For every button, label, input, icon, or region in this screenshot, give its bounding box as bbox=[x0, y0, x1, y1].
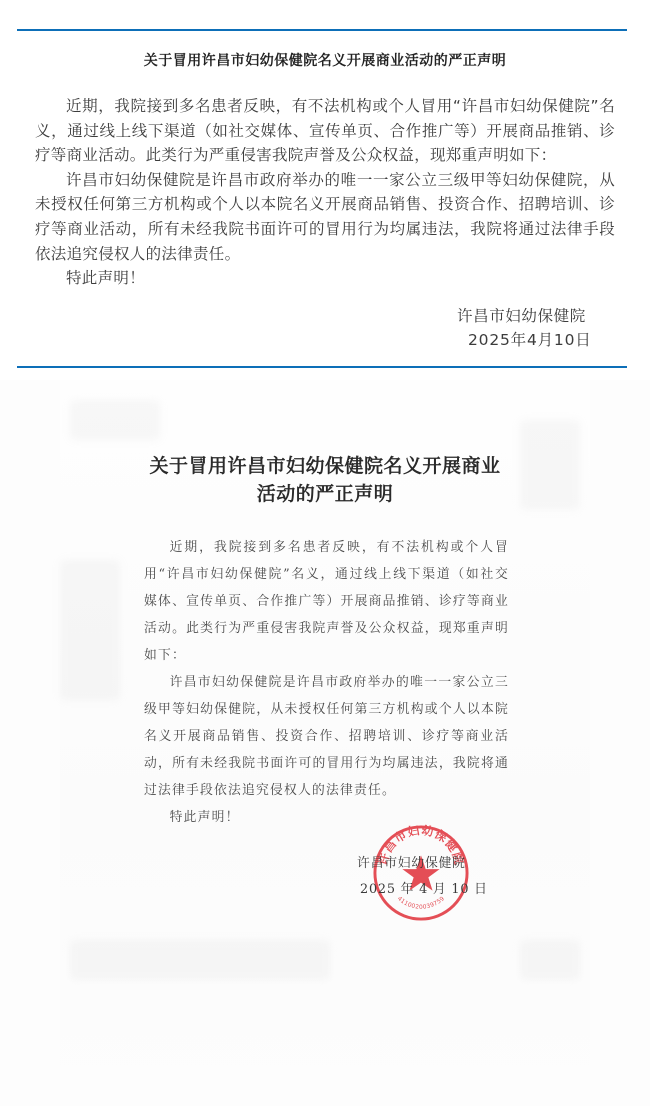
top-divider bbox=[17, 29, 627, 31]
notice-title: 关于冒用许昌市妇幼保健院名义开展商业活动的严正声明 bbox=[0, 50, 650, 70]
scanned-notice-image: 关于冒用许昌市妇幼保健院名义开展商业 活动的严正声明 近期，我院接到多名患者反映… bbox=[0, 380, 650, 1106]
official-seal-icon: 许昌市妇幼保健院 4110020039759 bbox=[372, 824, 470, 922]
scan-smudge bbox=[60, 560, 120, 700]
notice-signature-date: 2025年4月10日 bbox=[468, 328, 648, 352]
notice-paragraph: 近期，我院接到多名患者反映，有不法机构或个人冒用“许昌市妇幼保健院”名义，通过线… bbox=[35, 94, 615, 168]
scan-title-line: 活动的严正声明 bbox=[0, 480, 650, 508]
scan-signature-org: 许昌市妇幼保健院 bbox=[357, 852, 466, 871]
scan-paragraph: 许昌市妇幼保健院是许昌市政府举办的唯一一家公立三级甲等妇幼保健院，从未授权任何第… bbox=[144, 669, 509, 804]
scan-smudge bbox=[70, 940, 330, 980]
notice-paragraph: 特此声明！ bbox=[35, 266, 615, 291]
scan-smudge bbox=[70, 400, 160, 440]
scan-signature-date: 2025 年 4 月 10 日 bbox=[360, 878, 488, 897]
notice-paragraph: 许昌市妇幼保健院是许昌市政府举办的唯一一家公立三级甲等妇幼保健院，从未授权任何第… bbox=[35, 168, 615, 266]
bottom-divider bbox=[17, 366, 627, 368]
notice-signature-org: 许昌市妇幼保健院 bbox=[457, 304, 637, 328]
svg-text:4110020039759: 4110020039759 bbox=[396, 896, 446, 911]
scan-paragraph: 近期，我院接到多名患者反映，有不法机构或个人冒用“许昌市妇幼保健院”名义，通过线… bbox=[144, 534, 509, 669]
scan-smudge bbox=[520, 940, 580, 980]
scan-body: 近期，我院接到多名患者反映，有不法机构或个人冒用“许昌市妇幼保健院”名义，通过线… bbox=[144, 534, 509, 831]
notice-body: 近期，我院接到多名患者反映，有不法机构或个人冒用“许昌市妇幼保健院”名义，通过线… bbox=[35, 94, 615, 291]
scan-title-line: 关于冒用许昌市妇幼保健院名义开展商业 bbox=[0, 452, 650, 480]
scan-title: 关于冒用许昌市妇幼保健院名义开展商业 活动的严正声明 bbox=[0, 452, 650, 508]
